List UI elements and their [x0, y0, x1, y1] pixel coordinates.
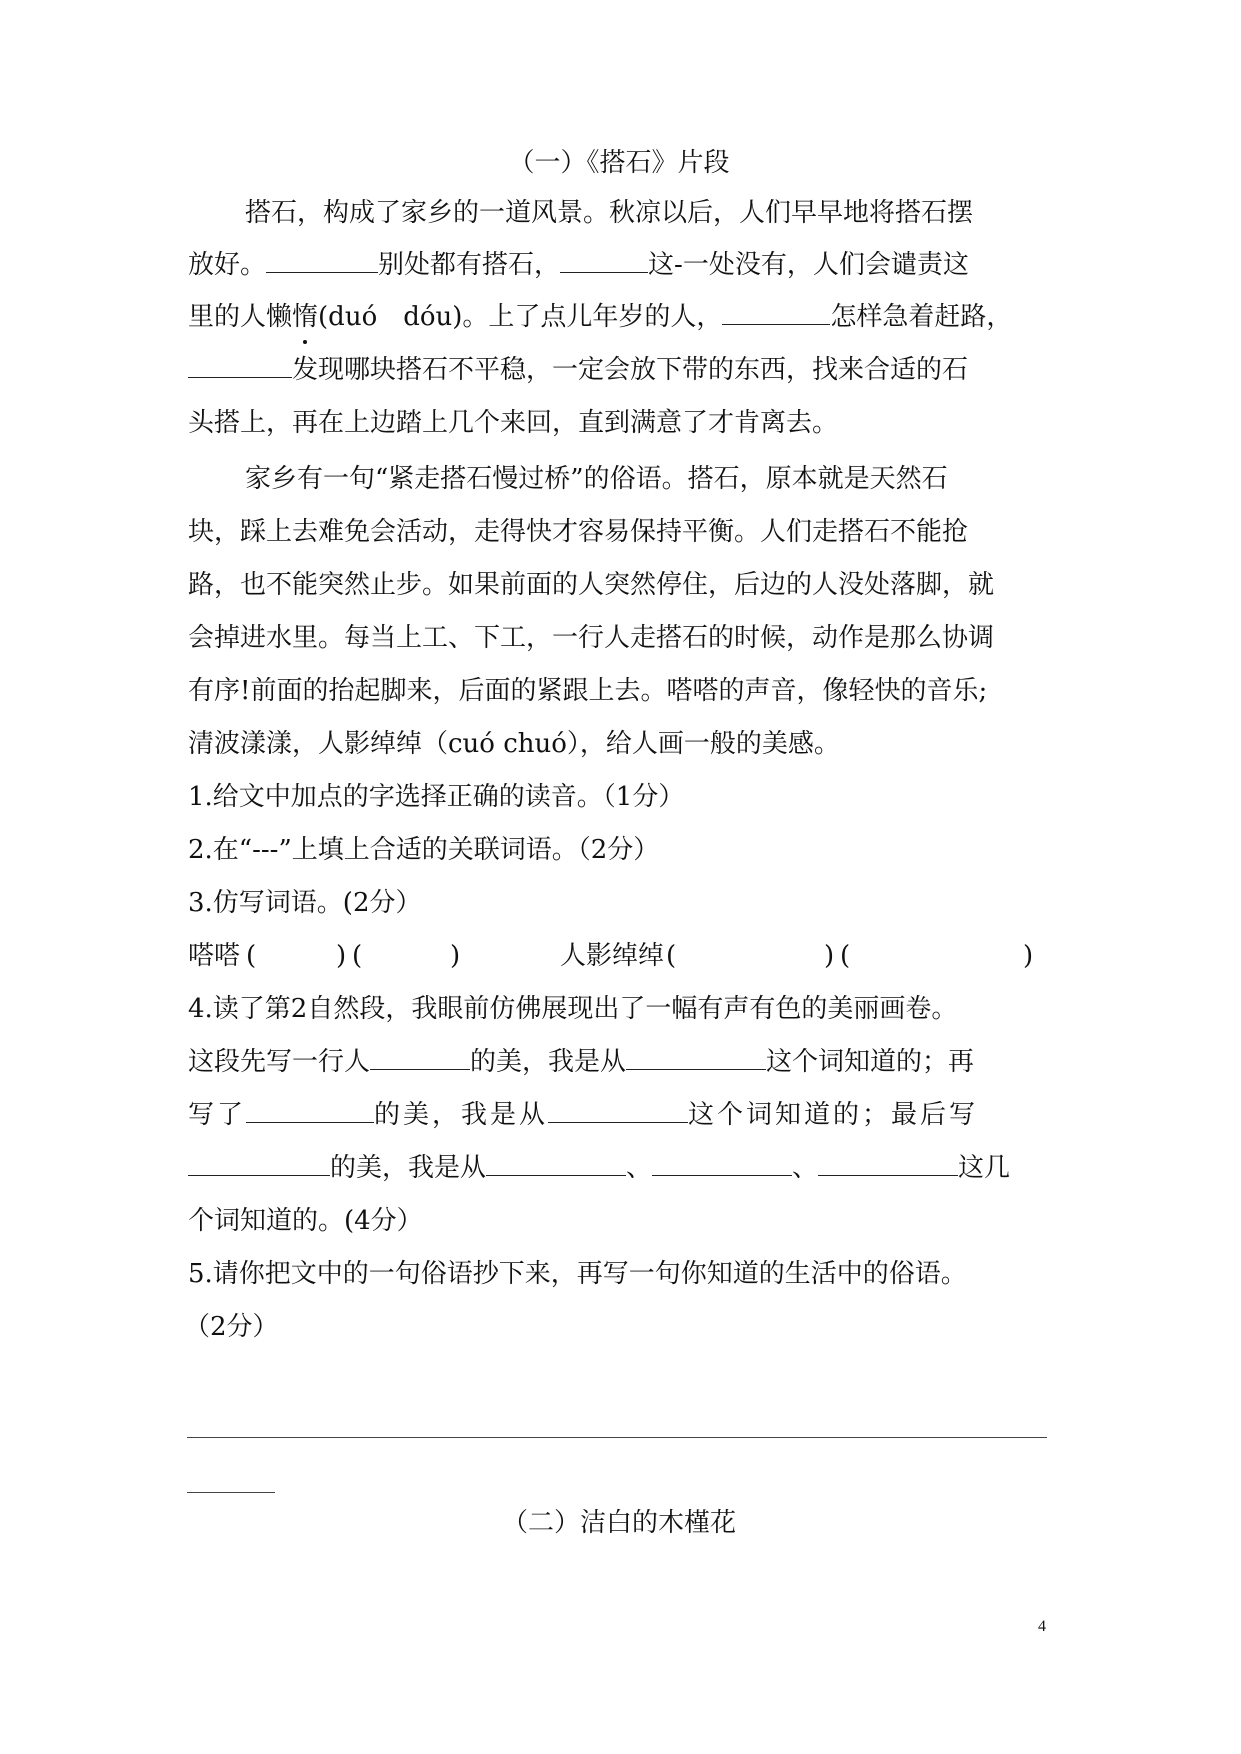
- question-2: 2.在“---”上填上合适的关联词语。（2分）: [188, 833, 1050, 867]
- paragraph-line: 家乡有一句“紧走搭石慢过桥”的俗语。搭石，原本就是天然石: [245, 462, 1050, 496]
- text: 、: [792, 1153, 818, 1183]
- question-1: 1.给文中加点的字选择正确的读音。（1分）: [188, 780, 1050, 814]
- paragraph-line: 里的人懒惰(duó dóu)。上了点儿年岁的人，怎样急着赶路，: [188, 300, 1050, 334]
- text: 这个词知道的；再: [766, 1047, 974, 1077]
- paragraph-line: 头搭上，再在上边踏上几个来回，直到满意了才肯离去。: [188, 406, 1050, 440]
- text: 这-一处没有，人们会谴责这: [648, 250, 969, 280]
- paragraph-line: 路，也不能突然止步。如果前面的人突然停住，后边的人没处落脚，就: [188, 568, 1050, 602]
- paren-open: (: [666, 939, 676, 973]
- fill-blank[interactable]: [560, 248, 648, 273]
- answer-box[interactable]: [852, 939, 1012, 969]
- text: 别处都有搭石，: [378, 250, 560, 280]
- example-word: 嗒嗒: [188, 941, 240, 971]
- fill-blank[interactable]: [818, 1151, 958, 1176]
- text: 的美，我是从: [374, 1100, 548, 1130]
- fill-blank[interactable]: [370, 1045, 470, 1070]
- fill-blank[interactable]: [188, 353, 292, 378]
- paren-open: (: [246, 939, 256, 973]
- fill-blank[interactable]: [486, 1151, 626, 1176]
- text: 的美，我是从: [330, 1153, 486, 1183]
- paren-open: (: [352, 939, 362, 973]
- question-4-line: 个词知道的。(4分）: [188, 1204, 1050, 1238]
- answer-line[interactable]: [187, 1492, 275, 1493]
- paragraph-line: 放好。别处都有搭石，这-一处没有，人们会谴责这: [188, 248, 1050, 282]
- paren-close: ): [450, 939, 460, 973]
- example-word: 人影绰绰: [560, 939, 664, 973]
- text: 发现哪块搭石不平稳，一定会放下带的东西，找来合适的石: [292, 355, 968, 385]
- question-4-line: 写了的美，我是从这个词知道的；最后写: [188, 1098, 1050, 1132]
- paren-close: ): [824, 939, 834, 973]
- fill-blank[interactable]: [548, 1098, 688, 1123]
- question-3-answer-row: 嗒嗒 ( ) ( ) 人影绰绰 ( ) ( ): [188, 939, 1050, 973]
- text: 放好。: [188, 250, 266, 280]
- question-4-line: 的美，我是从、、这几: [188, 1151, 1050, 1185]
- text: (duó dóu)。上了点儿年岁的人，: [318, 302, 722, 332]
- text: 这个词知道的；最后写: [688, 1100, 978, 1130]
- paren-close: ): [336, 939, 346, 973]
- question-5-score: （2分）: [184, 1310, 1046, 1344]
- paragraph-line: 有序!前面的抬起脚来，后面的紧跟上去。嗒嗒的声音，像轻快的音乐;: [188, 674, 1050, 708]
- question-3: 3.仿写词语。(2分）: [188, 886, 1050, 920]
- text: 、: [626, 1153, 652, 1183]
- paragraph-line: 清波漾漾，人影绰绰（cuó chuó），给人画一般的美感。: [188, 727, 1050, 761]
- text: 写了: [188, 1100, 246, 1130]
- section-title: （二）洁白的木槿花: [188, 1506, 1050, 1540]
- paragraph-line: 搭石，构成了家乡的一道风景。秋凉以后，人们早早地将搭石摆: [245, 196, 1050, 230]
- fill-blank[interactable]: [722, 300, 830, 325]
- paren-open: (: [840, 939, 850, 973]
- question-5: 5.请你把文中的一句俗语抄下来，再写一句你知道的生活中的俗语。: [188, 1257, 1050, 1291]
- emphasis-dot-char: 惰: [292, 302, 318, 332]
- answer-box[interactable]: [362, 939, 442, 969]
- document-page: （一）《搭石》片段 搭石，构成了家乡的一道风景。秋凉以后，人们早早地将搭石摆 放…: [0, 0, 1241, 1754]
- page-number: 4: [1038, 1618, 1046, 1636]
- text: 里的人懒: [188, 302, 292, 332]
- question-4: 4.读了第2自然段，我眼前仿佛展现出了一幅有声有色的美丽画卷。: [188, 992, 1050, 1026]
- fill-blank[interactable]: [266, 248, 378, 273]
- answer-line[interactable]: [187, 1437, 1047, 1438]
- fill-blank[interactable]: [188, 1151, 330, 1176]
- question-4-line: 这段先写一行人的美，我是从这个词知道的；再: [188, 1045, 1050, 1079]
- text: 这段先写一行人: [188, 1047, 370, 1077]
- paragraph-line: 块，踩上去难免会活动，走得快才容易保持平衡。人们走搭石不能抢: [188, 515, 1050, 549]
- answer-box[interactable]: [256, 939, 336, 969]
- text: 怎样急着赶路，: [830, 302, 1012, 332]
- paragraph-line: 会掉进水里。每当上工、下工，一行人走搭石的时候，动作是那么协调: [188, 621, 1050, 655]
- paren-close: ): [1023, 939, 1033, 973]
- text: 的美，我是从: [470, 1047, 626, 1077]
- answer-box[interactable]: [678, 939, 818, 969]
- fill-blank[interactable]: [652, 1151, 792, 1176]
- text: 这几: [958, 1153, 1010, 1183]
- fill-blank[interactable]: [626, 1045, 766, 1070]
- paragraph-line: 发现哪块搭石不平稳，一定会放下带的东西，找来合适的石: [188, 353, 1050, 387]
- section-title: （一）《搭石》片段: [188, 146, 1050, 180]
- fill-blank[interactable]: [246, 1098, 374, 1123]
